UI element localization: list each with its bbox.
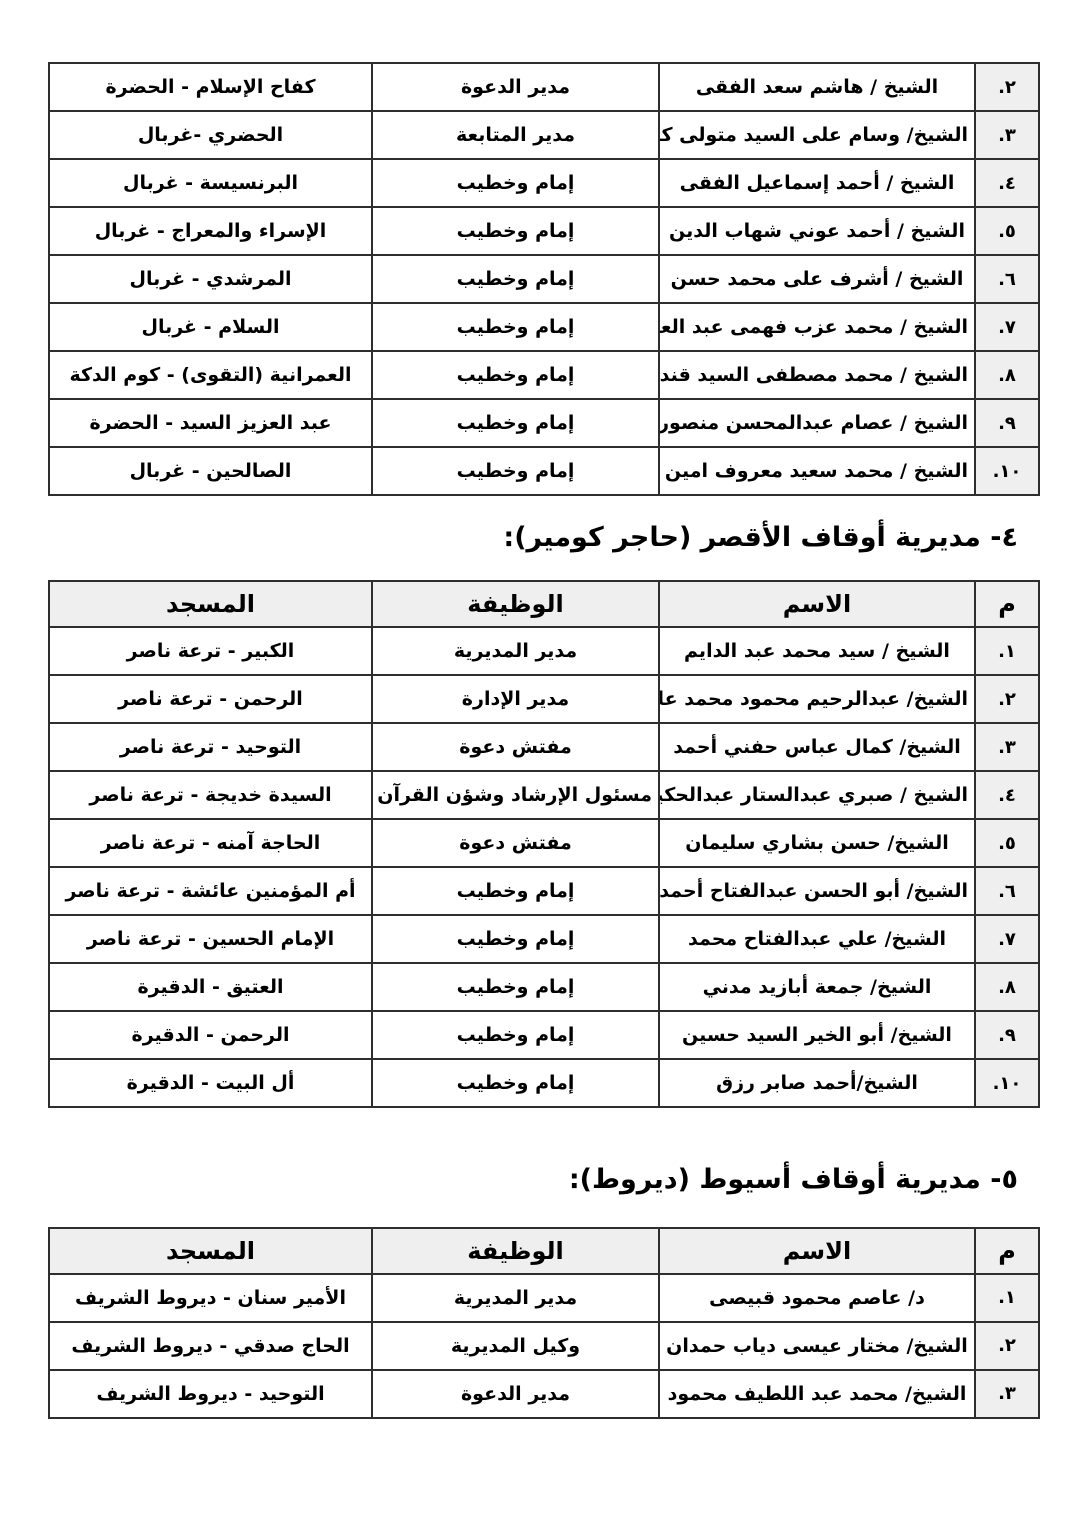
directorate-5-table-header: م الاسم الوظيفة المسجد <box>49 1228 1039 1274</box>
cell-job-title: إمام وخطيب <box>372 1011 659 1059</box>
cell-serial-number: ٤. <box>975 771 1039 819</box>
table-header-row: م الاسم الوظيفة المسجد <box>49 581 1039 627</box>
directorate-5-table-body: ١. د/ عاصم محمود قبيصى مدير المديرية الأ… <box>49 1274 1039 1418</box>
column-header-number: م <box>975 1228 1039 1274</box>
table-row: ٥. الشيخ / أحمد عوني شهاب الدين إمام وخط… <box>49 207 1039 255</box>
cell-job-title: مدير المديرية <box>372 627 659 675</box>
cell-serial-number: ٧. <box>975 303 1039 351</box>
cell-mosque: الرحمن - الدقيرة <box>49 1011 372 1059</box>
directorate-4-table-body: ١. الشيخ / سيد محمد عبد الدايم مدير المد… <box>49 627 1039 1107</box>
cell-mosque: المرشدي - غربال <box>49 255 372 303</box>
cell-mosque: الكبير - ترعة ناصر <box>49 627 372 675</box>
cell-mosque: التوحيد - ديروط الشريف <box>49 1370 372 1418</box>
cell-name: الشيخ / محمد سعيد معروف امين <box>659 447 975 495</box>
column-header-name: الاسم <box>659 1228 975 1274</box>
column-header-job: الوظيفة <box>372 1228 659 1274</box>
table-row: ١٠. الشيخ/أحمد صابر رزق إمام وخطيب أل ال… <box>49 1059 1039 1107</box>
table-row: ٢. الشيخ / هاشم سعد الفقى مدير الدعوة كف… <box>49 63 1039 111</box>
section-heading-5: ٥- مديرية أوقاف أسيوط (ديروط): <box>0 1162 1018 1198</box>
directorate-5-table: م الاسم الوظيفة المسجد ١. د/ عاصم محمود … <box>48 1227 1040 1419</box>
table-row: ٦. الشيخ / أشرف على محمد حسن إمام وخطيب … <box>49 255 1039 303</box>
table-row: ١. الشيخ / سيد محمد عبد الدايم مدير المد… <box>49 627 1039 675</box>
cell-name: الشيخ/ عبدالرحيم محمود محمد علي <box>659 675 975 723</box>
cell-mosque: أل البيت - الدقيرة <box>49 1059 372 1107</box>
cell-serial-number: ٥. <box>975 207 1039 255</box>
cell-name: الشيخ / أحمد عوني شهاب الدين <box>659 207 975 255</box>
cell-serial-number: ١. <box>975 1274 1039 1322</box>
cell-job-title: إمام وخطيب <box>372 207 659 255</box>
document-page: ٢. الشيخ / هاشم سعد الفقى مدير الدعوة كف… <box>0 0 1080 1528</box>
directorate-4-table-header: م الاسم الوظيفة المسجد <box>49 581 1039 627</box>
cell-mosque: الإسراء والمعراج - غربال <box>49 207 372 255</box>
cell-serial-number: ٤. <box>975 159 1039 207</box>
cell-mosque: الرحمن - ترعة ناصر <box>49 675 372 723</box>
cell-name: الشيخ / عصام عبدالمحسن منصور <box>659 399 975 447</box>
cell-job-title: مدير الدعوة <box>372 63 659 111</box>
table-row: ٣. الشيخ/ وسام على السيد متولى كاسب مدير… <box>49 111 1039 159</box>
table-header-row: م الاسم الوظيفة المسجد <box>49 1228 1039 1274</box>
table-row: ٨. الشيخ / محمد مصطفى السيد قنديل إمام و… <box>49 351 1039 399</box>
cell-serial-number: ١. <box>975 627 1039 675</box>
cell-mosque: العمرانية (التقوى) - كوم الدكة <box>49 351 372 399</box>
cell-job-title: إمام وخطيب <box>372 915 659 963</box>
cell-job-title: مدير المتابعة <box>372 111 659 159</box>
cell-mosque: التوحيد - ترعة ناصر <box>49 723 372 771</box>
section-heading-4: ٤- مديرية أوقاف الأقصر (حاجر كومير): <box>0 520 1018 556</box>
cell-name: الشيخ / سيد محمد عبد الدايم <box>659 627 975 675</box>
cell-serial-number: ٨. <box>975 351 1039 399</box>
table-row: ١. د/ عاصم محمود قبيصى مدير المديرية الأ… <box>49 1274 1039 1322</box>
cell-mosque: السلام - غربال <box>49 303 372 351</box>
cell-job-title: إمام وخطيب <box>372 255 659 303</box>
cell-serial-number: ٧. <box>975 915 1039 963</box>
cell-mosque: عبد العزيز السيد - الحضرة <box>49 399 372 447</box>
cell-job-title: إمام وخطيب <box>372 351 659 399</box>
column-header-job: الوظيفة <box>372 581 659 627</box>
cell-name: الشيخ/ جمعة أبازيد مدني <box>659 963 975 1011</box>
cell-mosque: الحاج صدقي - ديروط الشريف <box>49 1322 372 1370</box>
cell-job-title: مسئول الإرشاد وشؤن القرآن <box>372 771 659 819</box>
table-row: ١٠. الشيخ / محمد سعيد معروف امين إمام وخ… <box>49 447 1039 495</box>
cell-serial-number: ٢. <box>975 1322 1039 1370</box>
cell-serial-number: ٩. <box>975 1011 1039 1059</box>
cell-serial-number: ٢. <box>975 675 1039 723</box>
cell-job-title: إمام وخطيب <box>372 1059 659 1107</box>
cell-name: الشيخ / صبري عبدالستار عبدالحكيم أحمد <box>659 771 975 819</box>
cell-job-title: مفتش دعوة <box>372 819 659 867</box>
cell-serial-number: ١٠. <box>975 447 1039 495</box>
table-row: ٤. الشيخ / أحمد إسماعيل الفقى إمام وخطيب… <box>49 159 1039 207</box>
cell-name: الشيخ / هاشم سعد الفقى <box>659 63 975 111</box>
cell-serial-number: ٣. <box>975 1370 1039 1418</box>
cell-job-title: مدير الإدارة <box>372 675 659 723</box>
cell-mosque: الإمام الحسين - ترعة ناصر <box>49 915 372 963</box>
cell-job-title: مفتش دعوة <box>372 723 659 771</box>
cell-name: الشيخ/ محمد عبد اللطيف محمود <box>659 1370 975 1418</box>
cell-name: الشيخ / أشرف على محمد حسن <box>659 255 975 303</box>
cell-serial-number: ٢. <box>975 63 1039 111</box>
table-row: ٧. الشيخ / محمد عزب فهمى عبد العاطي إمام… <box>49 303 1039 351</box>
table-row: ٨. الشيخ/ جمعة أبازيد مدني إمام وخطيب ال… <box>49 963 1039 1011</box>
table-row: ٢. الشيخ/ عبدالرحيم محمود محمد علي مدير … <box>49 675 1039 723</box>
cell-name: الشيخ/ أبو الحسن عبدالفتاح أحمد ادريس <box>659 867 975 915</box>
table-row: ٧. الشيخ/ علي عبدالفتاح محمد إمام وخطيب … <box>49 915 1039 963</box>
cell-serial-number: ٣. <box>975 723 1039 771</box>
cell-serial-number: ٣. <box>975 111 1039 159</box>
cell-mosque: العتيق - الدقيرة <box>49 963 372 1011</box>
cell-mosque: الأمير سنان - ديروط الشريف <box>49 1274 372 1322</box>
table-row: ٤. الشيخ / صبري عبدالستار عبدالحكيم أحمد… <box>49 771 1039 819</box>
directorate-4-table: م الاسم الوظيفة المسجد ١. الشيخ / سيد مح… <box>48 580 1040 1108</box>
cell-mosque: الحاجة آمنه - ترعة ناصر <box>49 819 372 867</box>
cell-serial-number: ١٠. <box>975 1059 1039 1107</box>
table-row: ٩. الشيخ / عصام عبدالمحسن منصور إمام وخط… <box>49 399 1039 447</box>
cell-name: الشيخ/أحمد صابر رزق <box>659 1059 975 1107</box>
directorate-3-table-body: ٢. الشيخ / هاشم سعد الفقى مدير الدعوة كف… <box>49 63 1039 495</box>
directorate-3-table-continued: ٢. الشيخ / هاشم سعد الفقى مدير الدعوة كف… <box>48 62 1040 496</box>
cell-mosque: الحضري -غربال <box>49 111 372 159</box>
column-header-mosque: المسجد <box>49 581 372 627</box>
column-header-number: م <box>975 581 1039 627</box>
cell-name: د/ عاصم محمود قبيصى <box>659 1274 975 1322</box>
table-row: ٣. الشيخ/ محمد عبد اللطيف محمود مدير الد… <box>49 1370 1039 1418</box>
cell-mosque: البرنسيسة - غربال <box>49 159 372 207</box>
cell-job-title: مدير الدعوة <box>372 1370 659 1418</box>
cell-mosque: السيدة خديجة - ترعة ناصر <box>49 771 372 819</box>
cell-serial-number: ٩. <box>975 399 1039 447</box>
cell-serial-number: ٨. <box>975 963 1039 1011</box>
cell-serial-number: ٥. <box>975 819 1039 867</box>
cell-mosque: كفاح الإسلام - الحضرة <box>49 63 372 111</box>
cell-name: الشيخ / أحمد إسماعيل الفقى <box>659 159 975 207</box>
cell-job-title: إمام وخطيب <box>372 867 659 915</box>
cell-job-title: إمام وخطيب <box>372 159 659 207</box>
cell-name: الشيخ/ علي عبدالفتاح محمد <box>659 915 975 963</box>
cell-name: الشيخ/ وسام على السيد متولى كاسب <box>659 111 975 159</box>
cell-mosque: أم المؤمنين عائشة - ترعة ناصر <box>49 867 372 915</box>
table-row: ٩. الشيخ/ أبو الخير السيد حسين إمام وخطي… <box>49 1011 1039 1059</box>
cell-job-title: وكيل المديرية <box>372 1322 659 1370</box>
cell-name: الشيخ/ أبو الخير السيد حسين <box>659 1011 975 1059</box>
table-row: ٥. الشيخ/ حسن بشاري سليمان مفتش دعوة الح… <box>49 819 1039 867</box>
cell-name: الشيخ/ مختار عيسى دياب حمدان <box>659 1322 975 1370</box>
cell-job-title: إمام وخطيب <box>372 447 659 495</box>
table-row: ٢. الشيخ/ مختار عيسى دياب حمدان وكيل الم… <box>49 1322 1039 1370</box>
table-row: ٦. الشيخ/ أبو الحسن عبدالفتاح أحمد ادريس… <box>49 867 1039 915</box>
cell-name: الشيخ/ حسن بشاري سليمان <box>659 819 975 867</box>
cell-serial-number: ٦. <box>975 867 1039 915</box>
cell-name: الشيخ/ كمال عباس حفني أحمد <box>659 723 975 771</box>
cell-job-title: إمام وخطيب <box>372 963 659 1011</box>
column-header-name: الاسم <box>659 581 975 627</box>
column-header-mosque: المسجد <box>49 1228 372 1274</box>
cell-mosque: الصالحين - غربال <box>49 447 372 495</box>
cell-name: الشيخ / محمد مصطفى السيد قنديل <box>659 351 975 399</box>
cell-serial-number: ٦. <box>975 255 1039 303</box>
cell-job-title: مدير المديرية <box>372 1274 659 1322</box>
cell-job-title: إمام وخطيب <box>372 399 659 447</box>
cell-name: الشيخ / محمد عزب فهمى عبد العاطي <box>659 303 975 351</box>
table-row: ٣. الشيخ/ كمال عباس حفني أحمد مفتش دعوة … <box>49 723 1039 771</box>
cell-job-title: إمام وخطيب <box>372 303 659 351</box>
